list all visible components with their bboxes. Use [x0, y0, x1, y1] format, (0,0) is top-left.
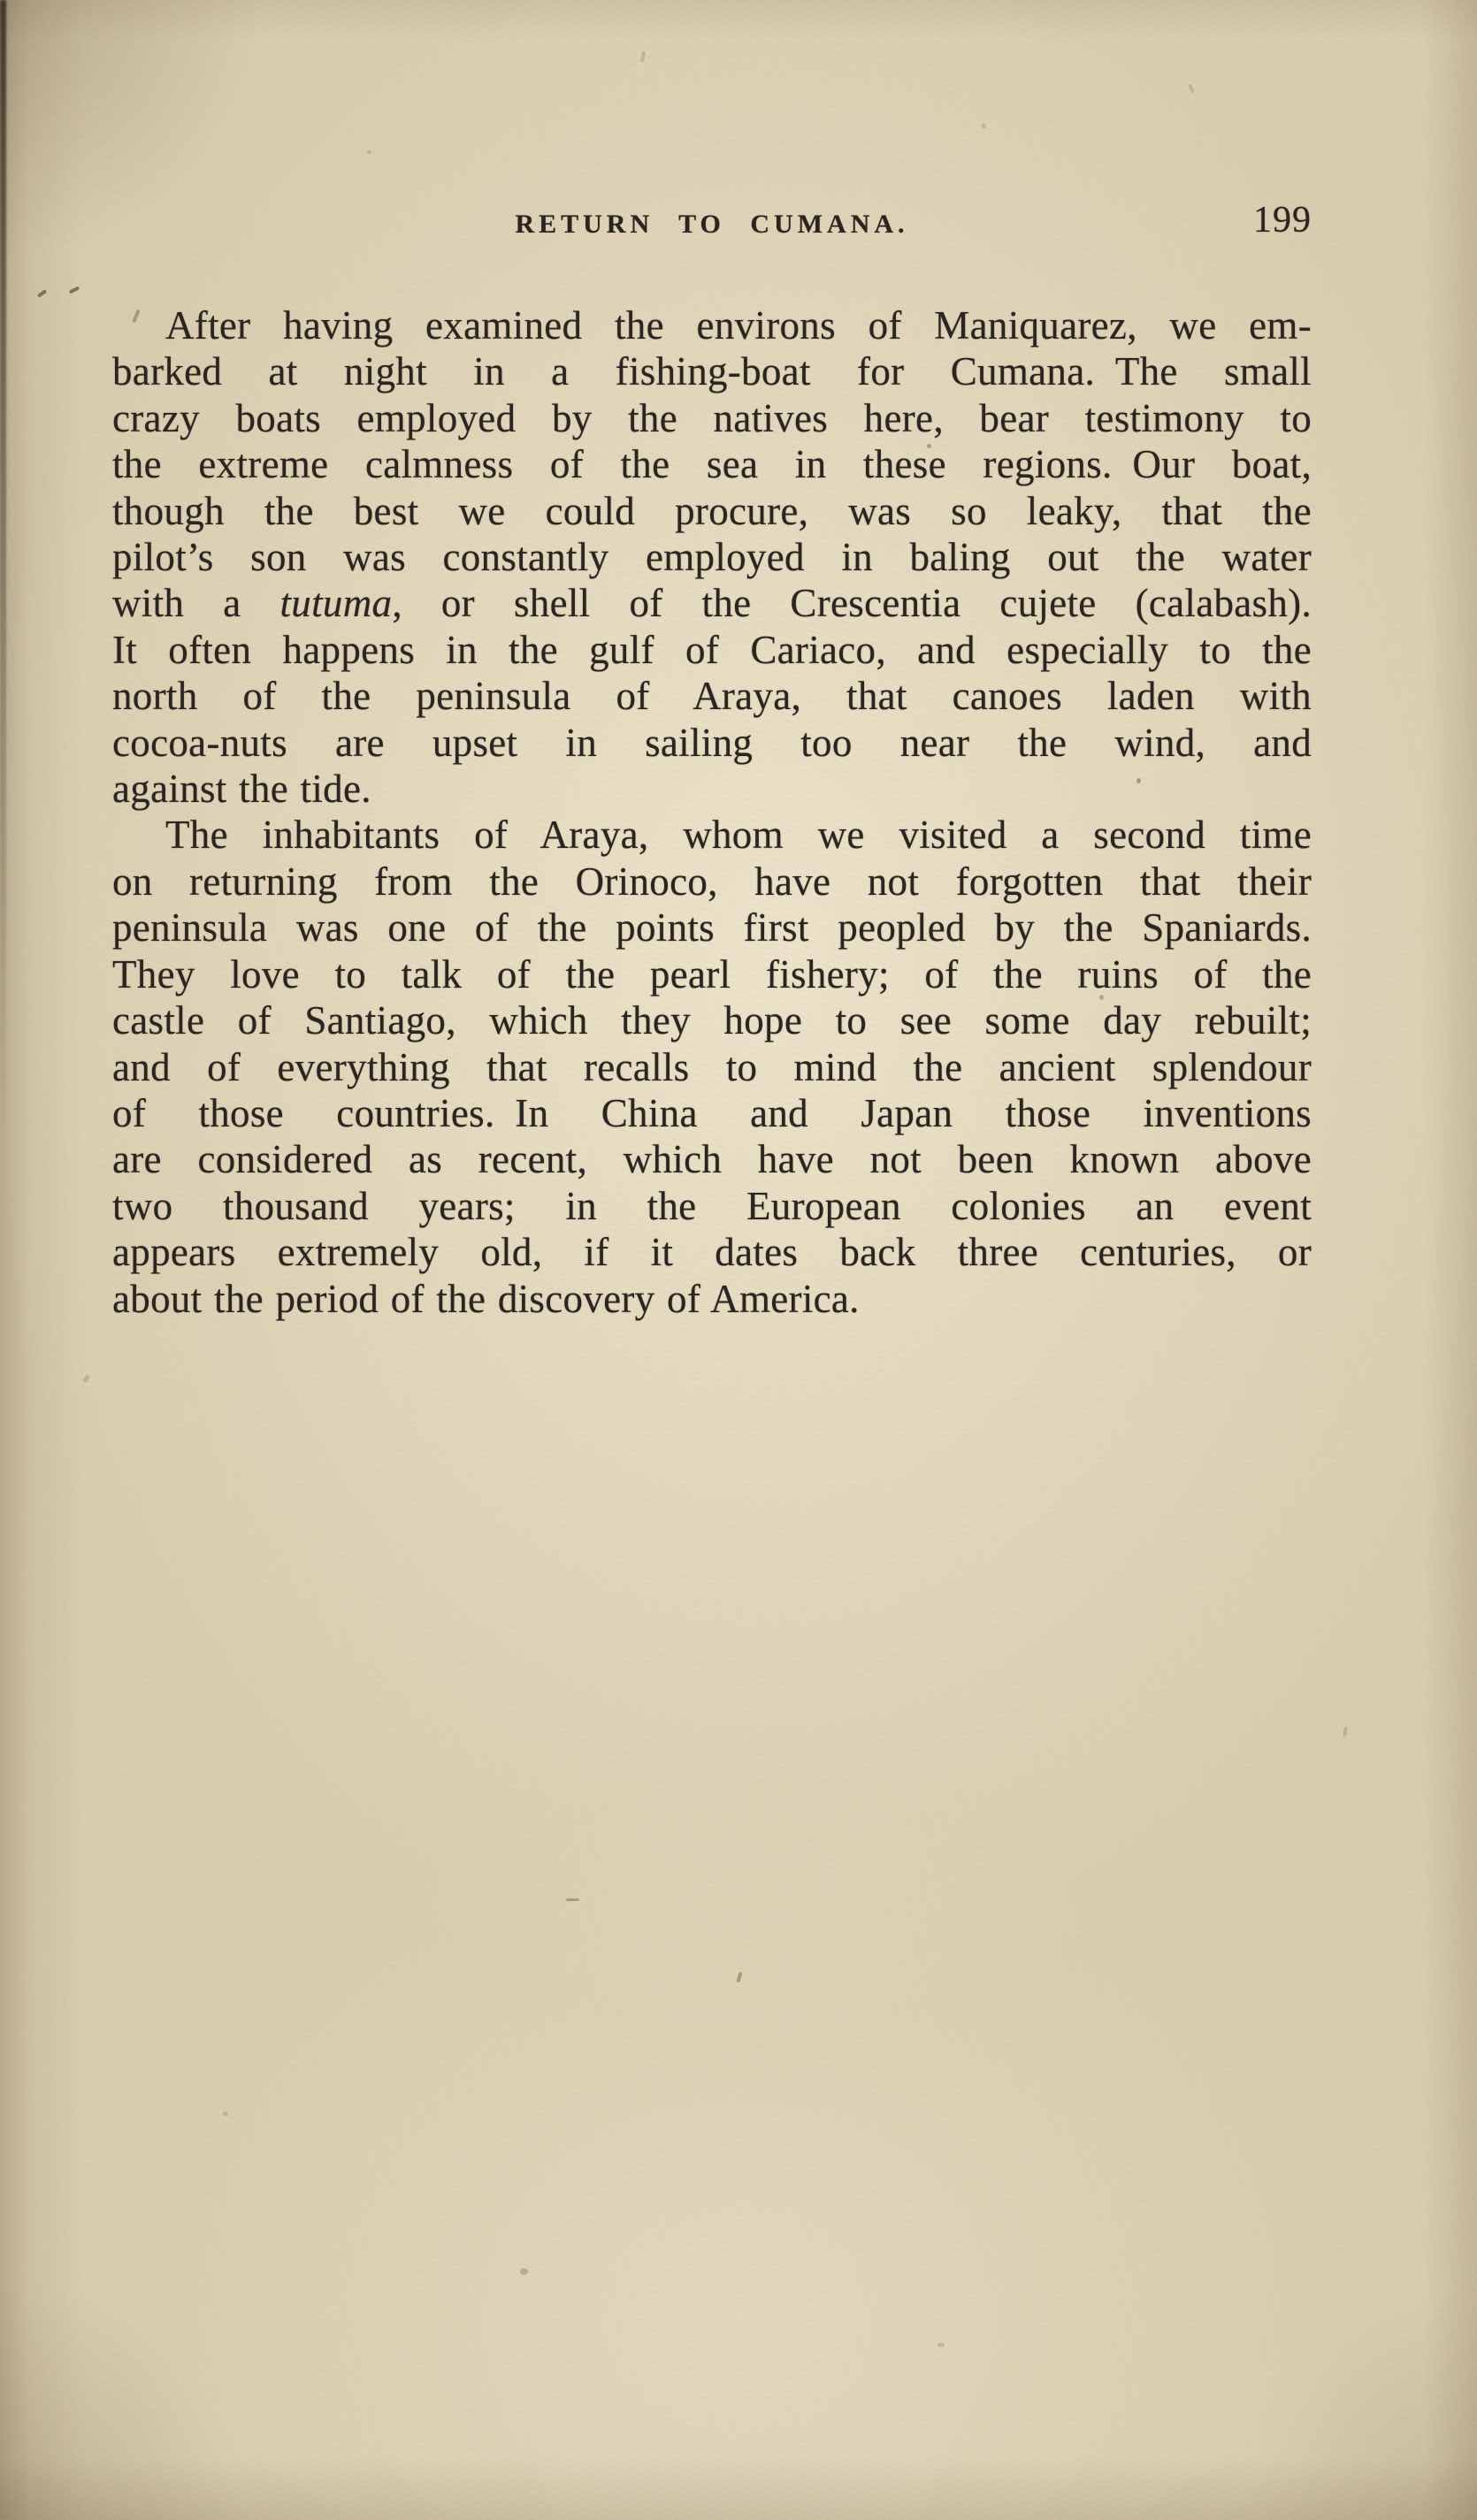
- text-line: peninsula was one of the points first pe…: [112, 905, 1312, 951]
- paper-speck: [982, 124, 986, 128]
- paper-speck: [737, 1972, 743, 1983]
- text-line: crazy boats employed by the natives here…: [112, 395, 1312, 441]
- text-line: though the best we could procure, was so…: [112, 488, 1312, 534]
- text-line: barked at night in a fishing-boat for Cu…: [112, 348, 1312, 394]
- text-line: It often happens in the gulf of Cariaco,…: [112, 627, 1312, 673]
- text-line: They love to talk of the pearl fishery; …: [112, 951, 1312, 997]
- paper-speck: [520, 2268, 528, 2275]
- text-line: After having examined the environs of Ma…: [112, 302, 1312, 348]
- paper-speck: [367, 150, 371, 154]
- paper-speck: [69, 286, 80, 294]
- text-line: castle of Santiago, which they hope to s…: [112, 997, 1312, 1043]
- paper-speck: [566, 1898, 579, 1901]
- page-gutter-shadow: [0, 0, 6, 1149]
- text-line: north of the peninsula of Araya, that ca…: [112, 673, 1312, 719]
- text-line: the extreme calmness of the sea in these…: [112, 441, 1312, 487]
- text-line: appears extremely old, if it dates back …: [112, 1229, 1312, 1275]
- text-block: After having examined the environs of Ma…: [112, 302, 1312, 1322]
- paper-speck: [223, 2111, 228, 2116]
- text-line: with a tutuma, or shell of the Crescenti…: [112, 580, 1312, 626]
- text-line: cocoa-nuts are upset in sailing too near…: [112, 720, 1312, 766]
- text-line: The inhabitants of Araya, whom we visite…: [112, 812, 1312, 858]
- text-line: are considered as recent, which have not…: [112, 1136, 1312, 1182]
- page-number: 199: [1253, 199, 1312, 241]
- text-line: about the period of the discovery of Ame…: [112, 1276, 1312, 1322]
- text-line: and of everything that recalls to mind t…: [112, 1044, 1312, 1090]
- text-line: against the tide.: [112, 766, 1312, 812]
- text-line: of those countries. In China and Japan t…: [112, 1090, 1312, 1136]
- paper-speck: [1343, 1727, 1347, 1737]
- running-header: RETURN TO CUMANA.: [112, 210, 1312, 240]
- text-line: pilot’s son was constantly employed in b…: [112, 534, 1312, 580]
- text-line: on returning from the Orinoco, have not …: [112, 859, 1312, 905]
- paper-speck: [82, 1374, 90, 1383]
- paper-speck: [937, 2343, 945, 2347]
- text-line: two thousand years; in the European colo…: [112, 1183, 1312, 1229]
- paper-speck: [640, 51, 646, 63]
- paper-speck: [1188, 84, 1194, 94]
- paper-speck: [37, 289, 47, 298]
